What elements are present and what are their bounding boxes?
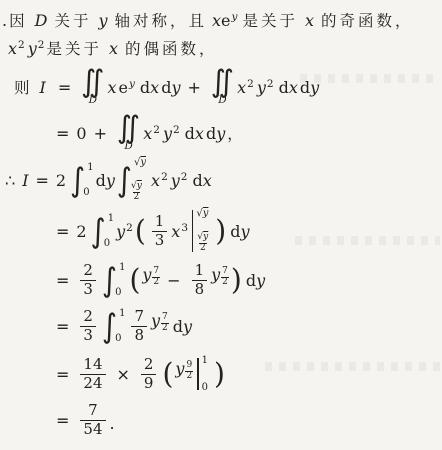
exponent-2: 2 <box>153 124 160 136</box>
integral-limits: 10 <box>117 308 125 344</box>
times-sign: × <box>117 365 130 384</box>
d-symbol: d <box>96 171 106 190</box>
integral-upper-limit: 1 <box>119 308 125 319</box>
var-x: x <box>289 78 298 97</box>
var-y: y <box>310 78 319 97</box>
exponent-7-2: 72 <box>152 267 160 288</box>
integral-0-to-1: ∫ 10 <box>102 262 125 298</box>
exponent-9-2: 92 <box>185 361 193 382</box>
left-paren: ( <box>129 265 140 294</box>
fraction-numerator: 2 <box>141 356 157 373</box>
line-7-expanded-integrand: = 23 ∫ 10 ( y72 − 18 y72 ) dy <box>0 257 442 303</box>
scanned-math-solution-page: . 因 D 关于 y 轴对称，且 xey 是关于 x 的奇函数， x2y2 是关… <box>0 0 442 450</box>
integral-sign: ∫ <box>70 164 85 196</box>
coefficient-2: 2 <box>56 171 66 190</box>
var-x: x <box>8 39 17 58</box>
var-x: x <box>171 222 180 241</box>
const-e: e <box>221 11 230 30</box>
d-symbol: d <box>300 78 310 97</box>
upper-limit-1: 1 <box>202 355 208 366</box>
lower-limit-0: 0 <box>202 382 208 393</box>
number-0: 0 <box>76 124 86 143</box>
exponent-y: y <box>232 11 238 23</box>
var-y: y <box>171 171 180 190</box>
evaluation-bar <box>192 210 193 252</box>
plus-sign: + <box>187 78 200 97</box>
differential-dy: dy <box>161 78 180 97</box>
exponent-2: 2 <box>181 171 188 183</box>
exponent-7-2: 72 <box>221 267 229 288</box>
var-y: y <box>211 265 220 284</box>
var-y: y <box>106 171 115 190</box>
radicand-y: y <box>203 232 208 242</box>
var-x: x <box>150 78 159 97</box>
differential-dx: dx <box>140 78 159 97</box>
fraction-numerator: √y <box>196 233 209 243</box>
double-integral-sign: ∫∫ <box>117 114 140 143</box>
lower-limit-sqrty-over-2: √y2 <box>196 233 209 254</box>
line-1-symmetry-statement: . 因 D 关于 y 轴对称，且 xey 是关于 x 的奇函数， <box>0 7 442 33</box>
double-integral-over-D: ∫∫ D <box>211 68 234 105</box>
upper-limit-sqrt-y: √y <box>196 208 209 219</box>
fraction-1-3: 13 <box>152 213 168 249</box>
fraction-numerator: 7 <box>131 308 147 325</box>
var-y: y <box>256 271 265 290</box>
term-y-7-2: y72 <box>211 265 229 295</box>
term-x2y2: x2y2 <box>8 39 44 58</box>
fraction-7-54: 754 <box>80 402 105 438</box>
exponent-2: 2 <box>161 171 168 183</box>
var-y: y <box>171 78 180 97</box>
line-2-even-statement: x2y2 是关于 x 的偶函数， <box>0 33 442 63</box>
differential-dy: dy <box>173 317 192 336</box>
cjk-text-yin: 因 <box>9 9 28 31</box>
fraction-denominator: 3 <box>80 326 96 344</box>
integral-limits: 10 <box>85 162 93 198</box>
fraction-denominator: 2 <box>161 323 169 334</box>
integral-upper-limit: 1 <box>119 262 125 273</box>
fraction-denominator: 2 <box>152 277 160 288</box>
differential-dy: dy <box>96 171 115 190</box>
term-x-e-to-y: xey <box>107 78 134 97</box>
integral-sign: ∫ <box>91 215 106 247</box>
differential-dx: dx <box>192 171 211 190</box>
fraction-numerator: 7 <box>221 267 229 277</box>
var-x: x <box>195 124 204 143</box>
period: . <box>110 414 115 441</box>
fraction-denominator: 2 <box>133 192 141 203</box>
fraction-numerator: 7 <box>85 402 101 419</box>
exponent-7-2: 72 <box>161 313 169 334</box>
term-y-7-2: y72 <box>142 265 160 295</box>
equals-sign: = <box>58 78 71 97</box>
equals-sign: = <box>56 365 69 384</box>
comma: ， <box>227 122 246 144</box>
fraction-7-8: 78 <box>131 308 147 344</box>
coefficient-2: 2 <box>76 222 86 241</box>
equals-sign: = <box>36 171 49 190</box>
radicand-y: y <box>203 208 209 219</box>
exponent-3: 3 <box>181 222 188 234</box>
fraction-numerator: 14 <box>80 356 105 373</box>
right-paren: ) <box>214 359 225 388</box>
line-8-simplified-integrand: = 23 ∫ 10 78 y72 dy <box>0 303 442 349</box>
equals-sign: = <box>56 271 69 290</box>
var-y: y <box>183 317 192 336</box>
d-symbol: d <box>173 317 183 336</box>
exponent-2: 2 <box>247 78 254 90</box>
const-e: e <box>119 78 128 97</box>
var-I: I <box>40 78 46 97</box>
fraction-numerator: 2 <box>80 308 96 325</box>
var-x: x <box>203 171 212 190</box>
fraction-denominator: 2 <box>199 243 207 254</box>
d-symbol: d <box>230 222 240 241</box>
line-3-I-definition: 则 I = ∫∫ D xey dx dy + ∫∫ D x2y2 dx dy <box>0 63 442 111</box>
d-symbol: d <box>140 78 150 97</box>
fraction-denominator: 8 <box>131 326 147 344</box>
term-x-e-to-y: xey <box>212 11 237 30</box>
plus-sign: + <box>94 124 107 143</box>
var-x: x <box>305 11 314 30</box>
evaluation-at-limits: 1 0 <box>197 355 208 393</box>
exponent-2: 2 <box>173 124 180 136</box>
radicand-y: y <box>140 157 146 168</box>
fraction-2-9: 29 <box>141 356 157 392</box>
cjk-text-guanyu: 关于 <box>54 9 91 31</box>
fraction-14-24: 1424 <box>80 356 105 392</box>
var-y: y <box>28 39 37 58</box>
fraction-numerator: 1 <box>152 213 168 230</box>
d-symbol: d <box>279 78 289 97</box>
fraction-denominator: 24 <box>80 374 105 392</box>
minus-sign: − <box>167 271 180 290</box>
integral-limits: √y √y2 <box>132 157 146 203</box>
integral-0-to-1: ∫ 10 <box>102 308 125 344</box>
integral-0-to-1: ∫ 10 <box>70 162 93 198</box>
var-x: x <box>237 78 246 97</box>
double-integral-over-D: ∫∫ D <box>81 68 104 105</box>
cjk-text-is-about: 是关于 <box>46 37 102 59</box>
cjk-text-even-function: 的偶函数， <box>125 37 218 59</box>
exponent-y: y <box>129 78 135 90</box>
integral-sign: ∫ <box>102 264 117 296</box>
evaluation-at-limits: √y √y2 <box>192 208 209 254</box>
line-9-evaluated-integral: = 1424 × 29 ( y92 1 0 ) <box>0 349 442 399</box>
var-x: x <box>212 11 221 30</box>
cjk-text-odd-function: 的奇函数， <box>321 9 414 31</box>
differential-dx: dx <box>185 124 204 143</box>
right-paren: ) <box>215 216 226 245</box>
fraction-numerator: 1 <box>192 262 208 279</box>
equals-sign: = <box>56 317 69 336</box>
evaluation-bar <box>197 358 198 390</box>
fraction-denominator: 2 <box>185 371 193 382</box>
var-y: y <box>151 311 160 330</box>
equals-sign: = <box>56 222 69 241</box>
differential-dy: dy <box>246 271 265 290</box>
fraction-2-3: 23 <box>80 308 96 344</box>
var-y: y <box>98 11 107 30</box>
evaluation-limits: √y √y2 <box>196 208 209 254</box>
integral-upper-limit: 1 <box>108 213 114 224</box>
fraction-numerator: 7 <box>161 313 169 323</box>
fraction-denominator: 8 <box>192 280 208 298</box>
exponent-2: 2 <box>126 222 133 234</box>
cjk-text-is-about: 是关于 <box>242 9 298 31</box>
line-6-antiderivative-x: = 2 ∫ 10 y2 ( 13 x3 √y √y2 ) dy <box>0 205 442 257</box>
double-integral-sign: ∫∫ <box>211 68 234 97</box>
exponent-2: 2 <box>267 78 274 90</box>
var-y: y <box>175 359 184 378</box>
therefore-sign: ∴ <box>5 171 15 190</box>
term-y-9-2: y92 <box>175 359 193 389</box>
var-x: x <box>107 78 116 97</box>
fraction-1-8: 18 <box>192 262 208 298</box>
var-y: y <box>240 222 249 241</box>
cjk-text-axis-symmetric: 轴对称，且 <box>115 9 208 31</box>
fraction-numerator: 7 <box>152 267 160 277</box>
integral-limits: 10 <box>106 213 114 249</box>
integral-limits: 10 <box>117 262 125 298</box>
var-D: D <box>35 11 48 30</box>
d-symbol: d <box>246 271 256 290</box>
var-x: x <box>109 39 118 58</box>
cjk-text-then: 则 <box>14 76 33 98</box>
d-symbol: d <box>206 124 216 143</box>
integral-sign: ∫ <box>219 68 234 97</box>
differential-dx: dx <box>279 78 298 97</box>
var-y: y <box>257 78 266 97</box>
integral-sign: ∫ <box>117 164 132 196</box>
var-x: x <box>151 171 160 190</box>
equals-sign: = <box>56 411 69 430</box>
fraction-denominator: 54 <box>80 420 105 438</box>
integral-sign: ∫ <box>89 68 104 97</box>
term-y-7-2: y72 <box>151 311 169 341</box>
left-paren: ( <box>135 216 146 245</box>
fraction-numerator: 2 <box>80 262 96 279</box>
exponent-2: 2 <box>38 39 45 51</box>
term-x2y2: x2y2 <box>151 171 187 190</box>
evaluation-limits: 1 0 <box>202 355 208 393</box>
line-10-final-answer: = 754 . <box>0 399 442 441</box>
left-paren: ( <box>162 359 173 388</box>
radicand-y: y <box>137 181 142 191</box>
fraction-denominator: 9 <box>141 374 157 392</box>
var-x: x <box>143 124 152 143</box>
d-symbol: d <box>185 124 195 143</box>
double-integral-sign: ∫∫ <box>81 68 104 97</box>
var-y: y <box>163 124 172 143</box>
d-symbol: d <box>192 171 202 190</box>
differential-dy: dy <box>206 124 225 143</box>
term-x2y2: x2y2 <box>237 78 273 97</box>
d-symbol: d <box>161 78 171 97</box>
double-integral-over-D: ∫∫ D <box>117 114 140 151</box>
exponent-2: 2 <box>18 39 25 51</box>
integral-sign: ∫ <box>102 310 117 342</box>
var-y: y <box>116 222 125 241</box>
equals-sign: = <box>56 124 69 143</box>
var-y: y <box>216 124 225 143</box>
term-x-cubed: x3 <box>171 222 188 241</box>
fraction-2-3: 23 <box>80 262 96 298</box>
var-I: I <box>22 171 28 190</box>
integral-upper-limit-sqrt-y: √y <box>134 157 146 168</box>
fraction-denominator: 3 <box>152 231 168 249</box>
leading-period: . <box>2 11 7 30</box>
fraction-denominator: 2 <box>221 277 229 288</box>
line-4-zero-plus-integral: = 0 + ∫∫ D x2y2 dx dy ， <box>0 111 442 155</box>
fraction-numerator: 9 <box>185 361 193 371</box>
integral-0-to-1: ∫ 10 <box>91 213 114 249</box>
line-5-iterated-integral: ∴ I = 2 ∫ 10 dy ∫ √y √y2 x2y2 dx <box>0 155 442 205</box>
differential-dy: dy <box>300 78 319 97</box>
differential-dy: dy <box>230 222 249 241</box>
integral-sqrty2-to-sqrty: ∫ √y √y2 <box>117 157 146 203</box>
term-y-squared: y2 <box>116 222 133 241</box>
integral-sign: ∫ <box>125 114 140 143</box>
term-x2y2: x2y2 <box>143 124 179 143</box>
right-paren: ) <box>231 265 242 294</box>
fraction-denominator: 3 <box>80 280 96 298</box>
var-y: y <box>142 265 151 284</box>
integral-upper-limit: 1 <box>87 162 93 173</box>
